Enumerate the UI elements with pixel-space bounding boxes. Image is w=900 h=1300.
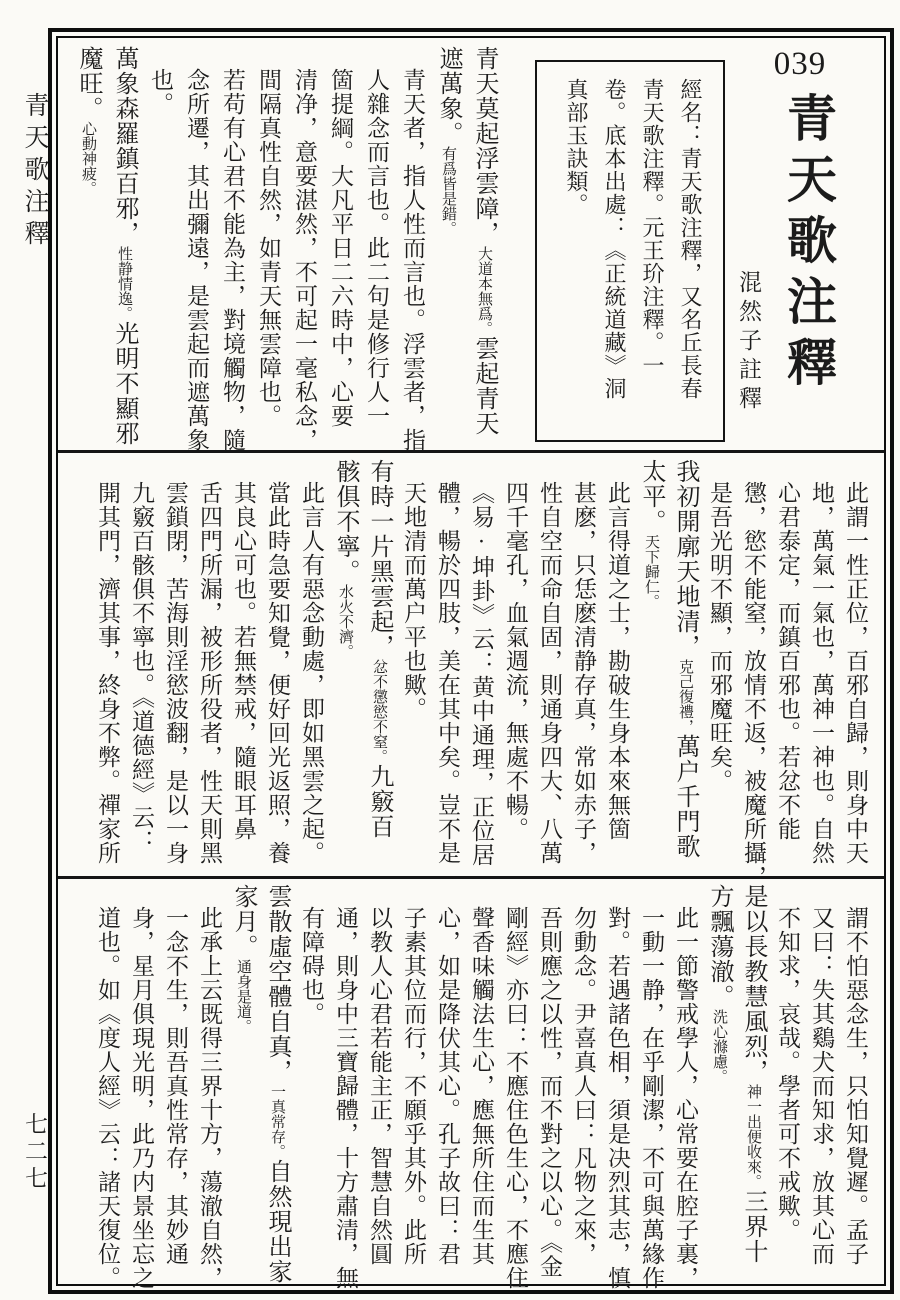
column-text: 有時一片黑雲起， bbox=[366, 459, 392, 659]
colophon-box-columns: 經名：青天歌注釋，又名丘長春青天歌注釋。元王玠注釋。一卷。底本出處：《正統道藏》… bbox=[537, 62, 723, 440]
column-text: 魔旺。 bbox=[75, 46, 101, 121]
column-text: 骸俱不寧。 bbox=[332, 459, 358, 584]
column-text: 吾則應之以性，而不對之以心。《金 bbox=[537, 906, 562, 1279]
column-text: 體，暢於四肢，美在其中矣。豈不是 bbox=[435, 481, 460, 865]
column-text: 此言得道之士，勘破生身本來無箇 bbox=[605, 481, 630, 841]
column-text: 是以長教慧風烈， bbox=[740, 884, 766, 1084]
verse-column: 萬象森羅鎮百邪，性静情逸。光明不顯邪 bbox=[106, 46, 142, 448]
spine-title: 青天歌注釋 bbox=[16, 92, 52, 252]
band-3-columns: 謂不怕惡念生，只怕知覺遲。孟子又曰：失其鷄犬而知求，放其心而不知求，哀哉。學者可… bbox=[66, 884, 872, 1280]
commentary-column: 也。 bbox=[142, 46, 178, 448]
folio-page-number: 七二七 bbox=[18, 1112, 51, 1193]
column-text: 萬象森羅鎮百邪， bbox=[111, 46, 137, 246]
column-text: 地，萬氣一氣也，萬神一神也。自然 bbox=[809, 481, 834, 865]
column-text: 甚麽，只恁麽清静存真，常如赤子， bbox=[571, 481, 596, 865]
commentary-column: 體，暢於四肢，美在其中矣。豈不是 bbox=[430, 459, 464, 874]
commentary-column: 剛經》亦曰：不應住色生心，不應住 bbox=[498, 884, 532, 1280]
commentary-column: 一念不生，則吾真性常存，其妙通 bbox=[158, 884, 192, 1280]
inline-annotation: 心動神疲。 bbox=[80, 121, 96, 196]
commentary-column: 勿動念。尹喜真人曰：凡物之來， bbox=[566, 884, 600, 1280]
commentary-column: 地，萬氣一氣也，萬神一神也。自然 bbox=[804, 459, 838, 874]
inline-annotation: 克己復禮， bbox=[677, 659, 693, 734]
column-text: 不知求，哀哉。學者可不戒歟。 bbox=[775, 906, 800, 1242]
verse-column: 青天莫起浮雲障，大道本無爲。雲起青天 bbox=[466, 46, 502, 448]
verse-column: 太平。天下歸仁。 bbox=[634, 459, 668, 874]
author-attribution: 混然子註釋 bbox=[732, 270, 765, 415]
page-title: 青天歌注釋 bbox=[772, 92, 844, 397]
column-text: 此言人有惡念動處，即如黑雲之起。 bbox=[299, 481, 324, 865]
column-text: 其良心可也。若無禁戒，隨眼耳鼻 bbox=[231, 481, 256, 841]
commentary-column: 此一節警戒學人，心常要在腔子裏， bbox=[668, 884, 702, 1280]
commentary-column: 當此時急要知覺，便好回光返照，養 bbox=[260, 459, 294, 874]
commentary-column: 謂不怕惡念生，只怕知覺遲。孟子 bbox=[838, 884, 872, 1280]
verse-column: 魔旺。心動神疲。 bbox=[70, 46, 106, 448]
commentary-column: 性自空而命自固，則通身四大、八萬 bbox=[532, 459, 566, 874]
column-text: 有障碍也。 bbox=[299, 906, 324, 1026]
commentary-column: 有障碍也。 bbox=[294, 884, 328, 1280]
column-text: 青天莫起浮雲障， bbox=[471, 46, 497, 246]
commentary-column: 對。若遇諸色相，須是决烈其志，慎 bbox=[600, 884, 634, 1280]
commentary-column: 四千毫孔，血氣週流，無處不暢。 bbox=[498, 459, 532, 874]
column-text: 間隔真性自然，如青天無雲障也。 bbox=[256, 68, 281, 428]
column-text: 青天者，指人性而言也。浮雲者，指 bbox=[400, 68, 425, 452]
inline-annotation: 神一出便收來。 bbox=[745, 1084, 761, 1189]
commentary-column: 舌四門所漏，被形所役者，性天則黑 bbox=[192, 459, 226, 874]
column-text: 三界十 bbox=[740, 1189, 766, 1264]
commentary-column: 間隔真性自然，如青天無雲障也。 bbox=[250, 46, 286, 448]
column-text: 開其門，濟其事，終身不弊。禪家所 bbox=[95, 481, 120, 865]
column-text: 以教人心君若能主正，智慧自然圓 bbox=[367, 906, 392, 1266]
column-text: 天地清而萬户平也歟。 bbox=[401, 481, 426, 721]
column-text: 舌四門所漏，被形所役者，性天則黑 bbox=[197, 481, 222, 865]
verse-column: 家月。通身是道。 bbox=[226, 884, 260, 1280]
commentary-column: 不知求，哀哉。學者可不戒歟。 bbox=[770, 884, 804, 1280]
commentary-column: 其良心可也。若無禁戒，隨眼耳鼻 bbox=[226, 459, 260, 874]
inline-annotation: 忿不懲慾不窒。 bbox=[371, 659, 387, 764]
column-text: 道也。如《度人經》云：諸天復位。 bbox=[95, 906, 120, 1290]
column-text: 對。若遇諸色相，須是决烈其志，慎 bbox=[605, 906, 630, 1290]
verse-column: 骸俱不寧。水火不濟。 bbox=[328, 459, 362, 874]
commentary-column: 念所遷，其出彌遠，是雲起而遮萬象 bbox=[178, 46, 214, 448]
column-text: 四千毫孔，血氣週流，無處不暢。 bbox=[503, 481, 528, 841]
catalog-number: 039 bbox=[764, 46, 836, 83]
column-text: 子素其位而行，不願乎其外。此所 bbox=[401, 906, 426, 1266]
commentary-column: 開其門，濟其事，終身不弊。禪家所 bbox=[90, 459, 124, 874]
colophon-line: 真部玉訣類。 bbox=[557, 78, 595, 424]
column-text: 勿動念。尹喜真人曰：凡物之來， bbox=[571, 906, 596, 1266]
column-text: 萬户千門歌 bbox=[672, 734, 698, 859]
verse-column: 我初開廓天地清，克己復禮，萬户千門歌 bbox=[668, 459, 702, 874]
column-text: 也。 bbox=[148, 68, 173, 116]
band-top: 青天莫起浮雲障，大道本無爲。雲起青天遮萬象。有爲皆是錯。青天者，指人性而言也。浮… bbox=[58, 38, 884, 453]
commentary-column: 子素其位而行，不願乎其外。此所 bbox=[396, 884, 430, 1280]
commentary-column: 清净，意要湛然，不可起一毫私念， bbox=[286, 46, 322, 448]
column-text: 懲，慾不能窒，放情不返，被魔所攝， bbox=[741, 481, 766, 889]
column-text: 若苟有心君不能為主，對境觸物，隨 bbox=[220, 68, 245, 452]
column-text: 清净，意要湛然，不可起一毫私念， bbox=[292, 68, 317, 452]
commentary-column: 道也。如《度人經》云：諸天復位。 bbox=[90, 884, 124, 1280]
column-text: 雲散虛空體自真， bbox=[264, 884, 290, 1084]
column-text: 家月。 bbox=[230, 884, 256, 959]
column-text: 通，則身中三寶歸體，十方肅清，無 bbox=[333, 906, 358, 1290]
verse-column: 是以長教慧風烈，神一出便收來。三界十 bbox=[736, 884, 770, 1280]
commentary-column: 九竅百骸俱不寧也。《道德經》云： bbox=[124, 459, 158, 874]
commentary-column: 此言得道之士，勘破生身本來無箇 bbox=[600, 459, 634, 874]
commentary-column: 聲香味觸法生心，應無所住而生其 bbox=[464, 884, 498, 1280]
column-text: 太平。 bbox=[638, 459, 664, 534]
column-text: 剛經》亦曰：不應住色生心，不應住 bbox=[503, 906, 528, 1290]
commentary-column: 箇提綱。大凡平日二六時中，心要 bbox=[322, 46, 358, 448]
column-text: 《易·坤卦》云：黄中通理，正位居 bbox=[469, 481, 494, 867]
column-text: 又曰：失其鷄犬而知求，放其心而 bbox=[809, 906, 834, 1266]
column-text: 心，如是降伏其心。孔子故曰：君 bbox=[435, 906, 460, 1266]
commentary-column: 心，如是降伏其心。孔子故曰：君 bbox=[430, 884, 464, 1280]
inline-annotation: 有爲皆是錯。 bbox=[440, 146, 456, 236]
column-text: 一動一静，在乎剛潔，不可與萬緣作 bbox=[639, 906, 664, 1290]
commentary-column: 以教人心君若能主正，智慧自然圓 bbox=[362, 884, 396, 1280]
column-text: 念所遷，其出彌遠，是雲起而遮萬象 bbox=[184, 68, 209, 452]
commentary-column: 此言人有惡念動處，即如黑雲之起。 bbox=[294, 459, 328, 874]
colophon-line: 經名：青天歌注釋，又名丘長春 bbox=[671, 78, 709, 424]
inline-annotation: 天下歸仁。 bbox=[643, 534, 659, 609]
band-2-columns: 此謂一性正位，百邪自歸，則身中天地，萬氣一氣也，萬神一神也。自然心君泰定，而鎮百… bbox=[66, 459, 872, 874]
commentary-column: 心君泰定，而鎮百邪也。若忿不能 bbox=[770, 459, 804, 874]
column-text: 謂不怕惡念生，只怕知覺遲。孟子 bbox=[843, 906, 868, 1266]
column-text: 人雜念而言也。此二句是修行人一 bbox=[364, 68, 389, 428]
commentary-column: 雲鎖閉，苦海則淫慾波翻，是以一身 bbox=[158, 459, 192, 874]
inline-annotation: 水火不濟。 bbox=[337, 584, 353, 659]
column-text: 雲起青天 bbox=[471, 336, 497, 436]
commentary-column: 通，則身中三寶歸體，十方肅清，無 bbox=[328, 884, 362, 1280]
verse-column: 方飄蕩澈。洗心滌慮。 bbox=[702, 884, 736, 1280]
column-text: 是吾光明不顯，而邪魔旺矣。 bbox=[707, 481, 732, 793]
inline-annotation: 性静情逸。 bbox=[116, 246, 132, 321]
colophon-line: 青天歌注釋。元王玠注釋。一 bbox=[633, 78, 671, 424]
inline-annotation: 洗心滌慮。 bbox=[711, 1009, 727, 1084]
column-text: 一念不生，則吾真性常存，其妙通 bbox=[163, 906, 188, 1266]
column-text: 箇提綱。大凡平日二六時中，心要 bbox=[328, 68, 353, 428]
column-text: 遮萬象。 bbox=[435, 46, 461, 146]
verse-column: 雲散虛空體自真，一真常存。自然現出家 bbox=[260, 884, 294, 1280]
band-middle: 此謂一性正位，百邪自歸，則身中天地，萬氣一氣也，萬神一神也。自然心君泰定，而鎮百… bbox=[58, 453, 884, 879]
verse-column: 遮萬象。有爲皆是錯。 bbox=[430, 46, 466, 448]
commentary-column: 天地清而萬户平也歟。 bbox=[396, 459, 430, 874]
column-text: 九竅百 bbox=[366, 764, 392, 839]
commentary-column: 人雜念而言也。此二句是修行人一 bbox=[358, 46, 394, 448]
column-text: 九竅百骸俱不寧也。《道德經》云： bbox=[129, 481, 154, 854]
commentary-column: 一動一静，在乎剛潔，不可與萬緣作 bbox=[634, 884, 668, 1280]
column-text: 心君泰定，而鎮百邪也。若忿不能 bbox=[775, 481, 800, 841]
commentary-column: 懲，慾不能窒，放情不返，被魔所攝， bbox=[736, 459, 770, 874]
column-text: 此謂一性正位，百邪自歸，則身中天 bbox=[843, 481, 868, 865]
column-text: 光明不顯邪 bbox=[111, 321, 137, 446]
column-text: 我初開廓天地清， bbox=[672, 459, 698, 659]
commentary-column: 青天者，指人性而言也。浮雲者，指 bbox=[394, 46, 430, 448]
scanned-page: 青天歌注釋 七二七 青天莫起浮雲障，大道本無爲。雲起青天遮萬象。有爲皆是錯。青天… bbox=[0, 0, 900, 1300]
column-text: 身，星月俱現光明，此乃内景坐忘之 bbox=[129, 906, 154, 1290]
column-text: 聲香味觸法生心，應無所住而生其 bbox=[469, 906, 494, 1266]
commentary-column: 是吾光明不顯，而邪魔旺矣。 bbox=[702, 459, 736, 874]
commentary-column: 《易·坤卦》云：黄中通理，正位居 bbox=[464, 459, 498, 874]
inline-annotation: 一真常存。 bbox=[269, 1084, 285, 1159]
band-1-columns: 青天莫起浮雲障，大道本無爲。雲起青天遮萬象。有爲皆是錯。青天者，指人性而言也。浮… bbox=[62, 46, 502, 448]
commentary-column: 又曰：失其鷄犬而知求，放其心而 bbox=[804, 884, 838, 1280]
commentary-column: 若苟有心君不能為主，對境觸物，隨 bbox=[214, 46, 250, 448]
page-frame: 青天莫起浮雲障，大道本無爲。雲起青天遮萬象。有爲皆是錯。青天者，指人性而言也。浮… bbox=[48, 28, 894, 1294]
column-text: 雲鎖閉，苦海則淫慾波翻，是以一身 bbox=[163, 481, 188, 865]
inline-annotation: 通身是道。 bbox=[235, 959, 251, 1034]
commentary-column: 身，星月俱現光明，此乃内景坐忘之 bbox=[124, 884, 158, 1280]
commentary-column: 此承上云既得三界十方，蕩澈自然， bbox=[192, 884, 226, 1280]
colophon-box: 經名：青天歌注釋，又名丘長春青天歌注釋。元王玠注釋。一卷。底本出處：《正統道藏》… bbox=[535, 60, 725, 442]
inline-annotation: 大道本無爲。 bbox=[476, 246, 492, 336]
commentary-column: 吾則應之以性，而不對之以心。《金 bbox=[532, 884, 566, 1280]
column-text: 此承上云既得三界十方，蕩澈自然， bbox=[197, 906, 222, 1290]
commentary-column: 甚麽，只恁麽清静存真，常如赤子， bbox=[566, 459, 600, 874]
column-text: 自然現出家 bbox=[264, 1159, 290, 1284]
band-bottom: 謂不怕惡念生，只怕知覺遲。孟子又曰：失其鷄犬而知求，放其心而不知求，哀哉。學者可… bbox=[58, 879, 884, 1284]
column-text: 性自空而命自固，則通身四大、八萬 bbox=[537, 481, 562, 865]
page-frame-inner-rule: 青天莫起浮雲障，大道本無爲。雲起青天遮萬象。有爲皆是錯。青天者，指人性而言也。浮… bbox=[56, 36, 886, 1286]
column-text: 此一節警戒學人，心常要在腔子裏， bbox=[673, 906, 698, 1290]
verse-column: 有時一片黑雲起，忿不懲慾不窒。九竅百 bbox=[362, 459, 396, 874]
commentary-column: 此謂一性正位，百邪自歸，則身中天 bbox=[838, 459, 872, 874]
column-text: 當此時急要知覺，便好回光返照，養 bbox=[265, 481, 290, 865]
colophon-line: 卷。底本出處：《正統道藏》洞 bbox=[595, 78, 633, 424]
column-text: 方飄蕩澈。 bbox=[706, 884, 732, 1009]
